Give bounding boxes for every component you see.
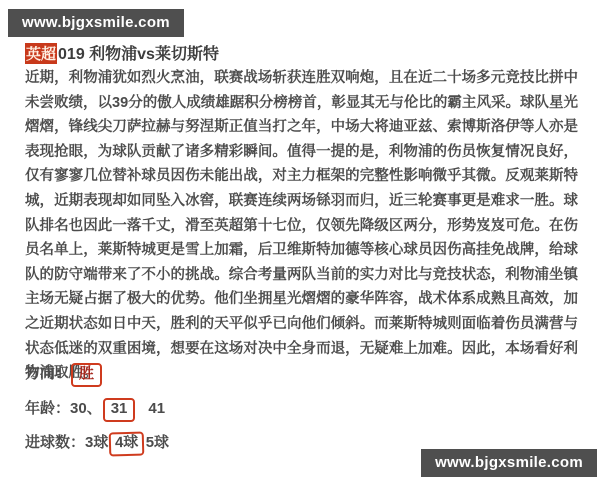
goals-row: 进球数：3球4球5球 [25, 431, 169, 456]
age-label: 年龄： [25, 400, 70, 417]
direction-label: 方向： [25, 365, 70, 382]
watermark-top: www.bjgxsmile.com [8, 9, 184, 37]
goals-value-3: 5球 [146, 434, 169, 451]
analysis-paragraph: 近期，利物浦犹如烈火烹油，联赛战场斩获连胜双响炮，且在近二十场多元竞技比拼中未尝… [25, 66, 578, 386]
age-value-2-boxed: 31 [103, 398, 136, 422]
direction-value: 胜 [71, 363, 102, 387]
goals-label: 进球数： [25, 434, 85, 451]
article-page: www.bjgxsmile.com 英超019 利物浦vs莱切斯特 近期，利物浦… [0, 0, 600, 480]
match-title-text: 019 利物浦vs莱切斯特 [58, 46, 219, 63]
goals-value-2-boxed: 4球 [109, 432, 145, 456]
league-badge: 英超 [25, 43, 57, 64]
direction-row: 方向：胜 [25, 362, 103, 387]
age-row: 年龄：30、3141 [25, 397, 165, 422]
goals-value-1: 3球 [85, 434, 108, 451]
age-value-3: 41 [148, 400, 165, 417]
age-value-1: 30、 [70, 400, 102, 417]
watermark-bottom: www.bjgxsmile.com [421, 449, 597, 477]
match-title: 英超019 利物浦vs莱切斯特 [25, 41, 219, 64]
